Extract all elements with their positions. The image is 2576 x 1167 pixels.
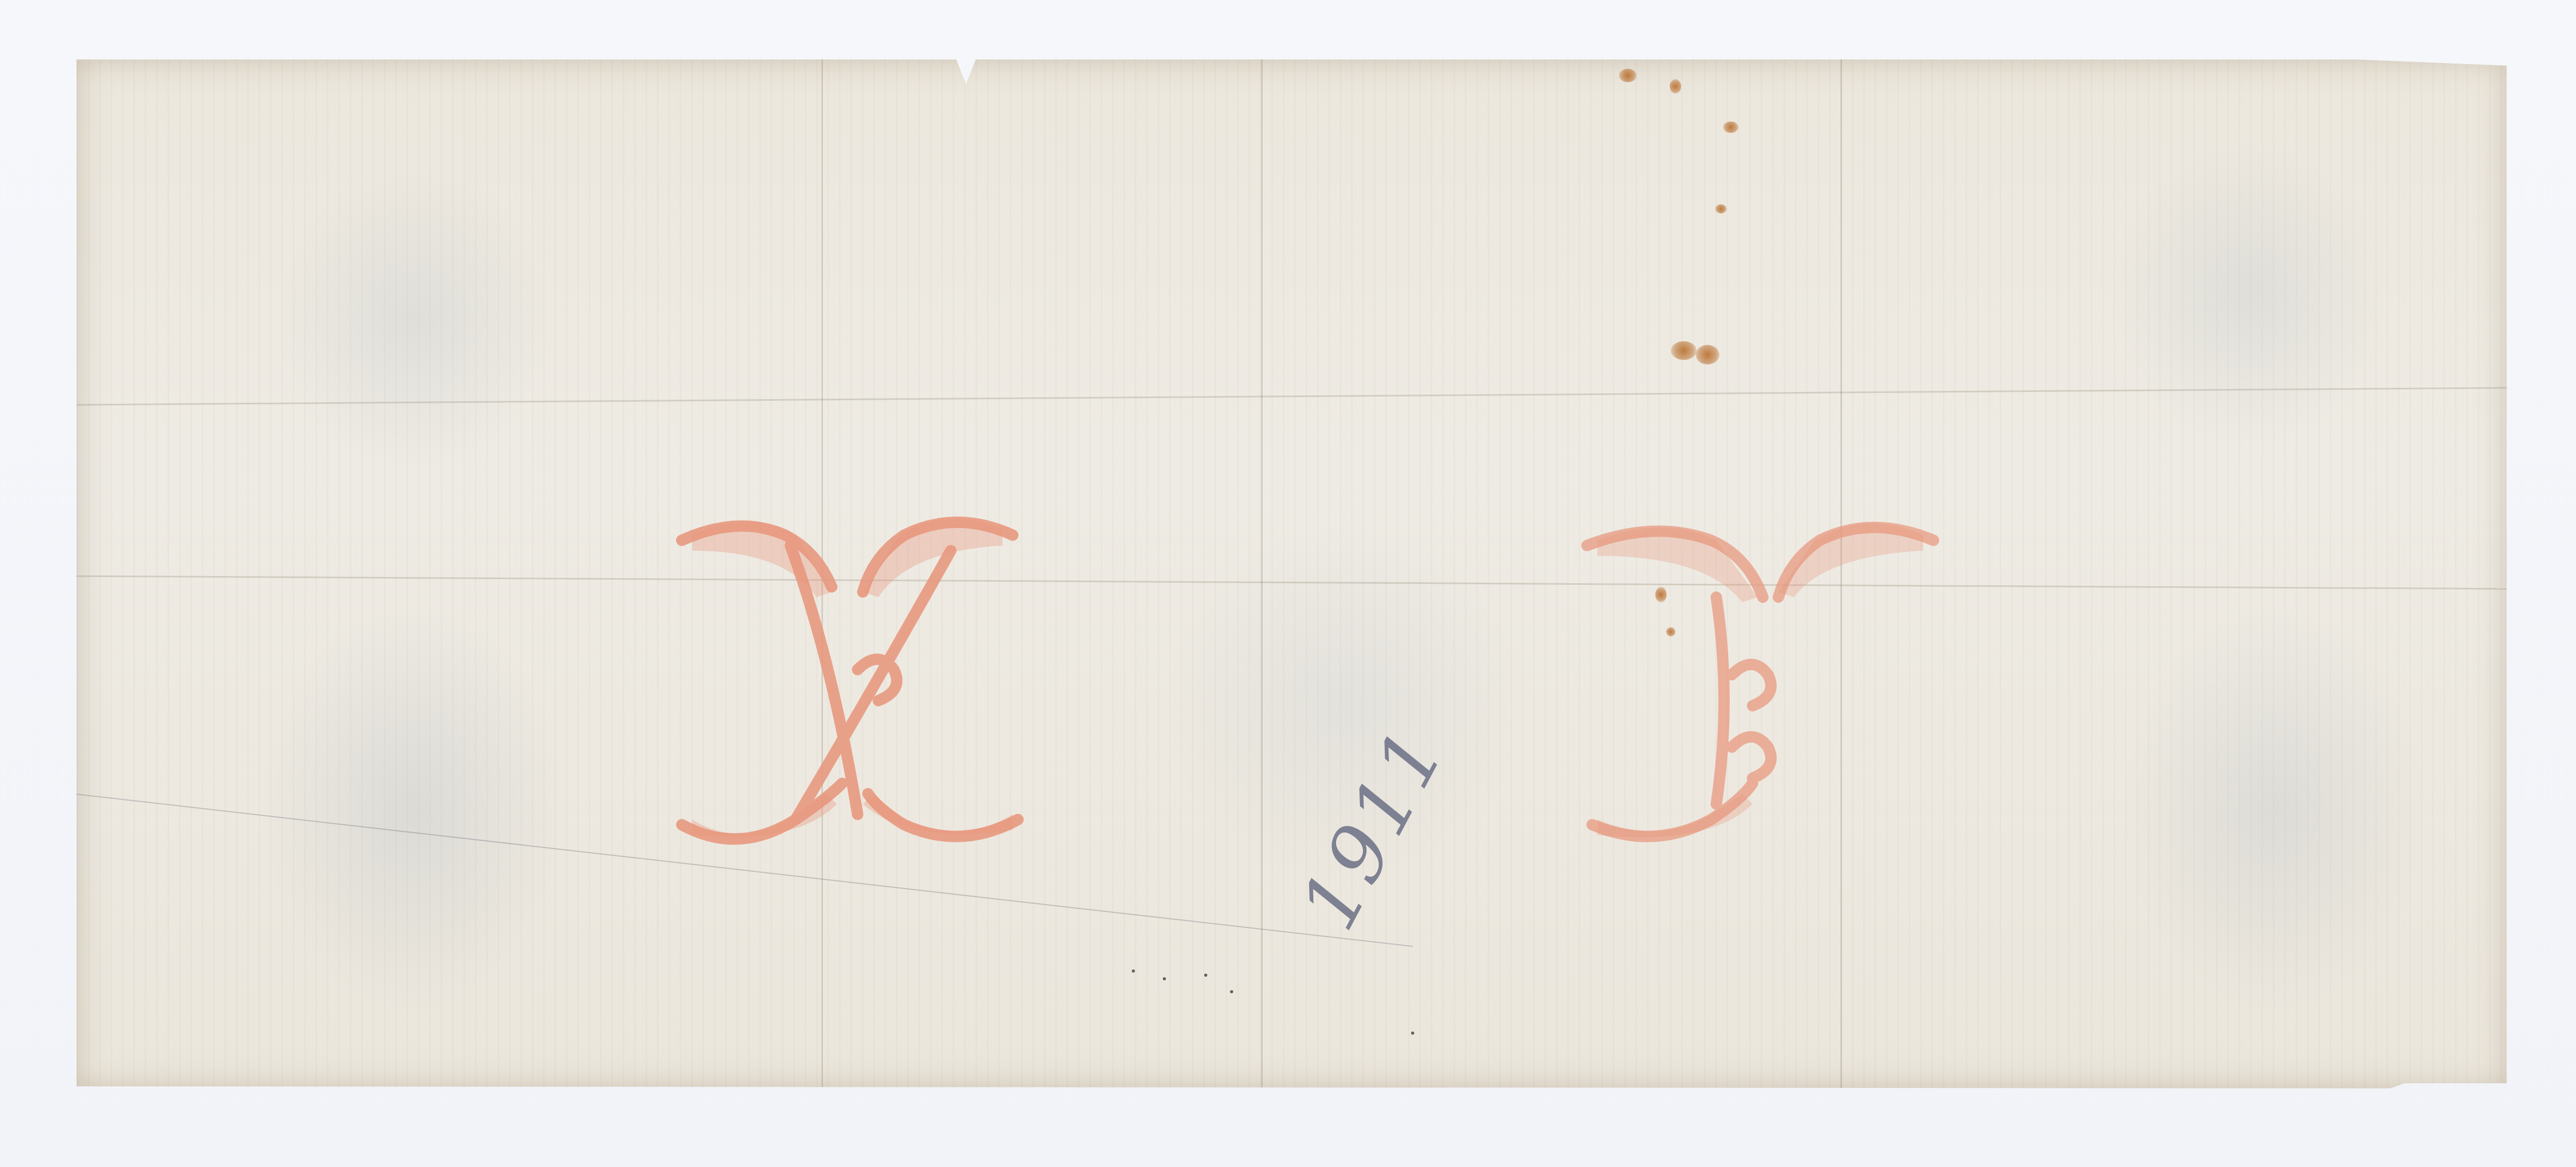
banknote-back: 1911 [77, 59, 2507, 1088]
ornamental-x-icon [1577, 504, 1949, 856]
foxing-stain [1666, 627, 1675, 636]
foxing-stain [1671, 341, 1697, 360]
ink-speck [1132, 969, 1135, 973]
pencil-notation: 1911 [1283, 713, 1463, 944]
foxing-stain [1723, 122, 1739, 133]
ink-speck [1411, 1032, 1414, 1035]
foxing-stain [1670, 79, 1681, 94]
foxing-stain [1696, 345, 1719, 365]
foxing-stain [1619, 69, 1637, 82]
fold-line [77, 575, 2507, 590]
fold-line [1261, 59, 1263, 1088]
ink-speck [1230, 990, 1233, 993]
fold-line [77, 387, 2507, 406]
ornamental-x-icon [661, 504, 1034, 856]
foxing-stain [1655, 587, 1667, 602]
foxing-stain [1715, 204, 1727, 214]
ink-speck [1163, 977, 1166, 980]
ink-speck [1204, 974, 1207, 977]
